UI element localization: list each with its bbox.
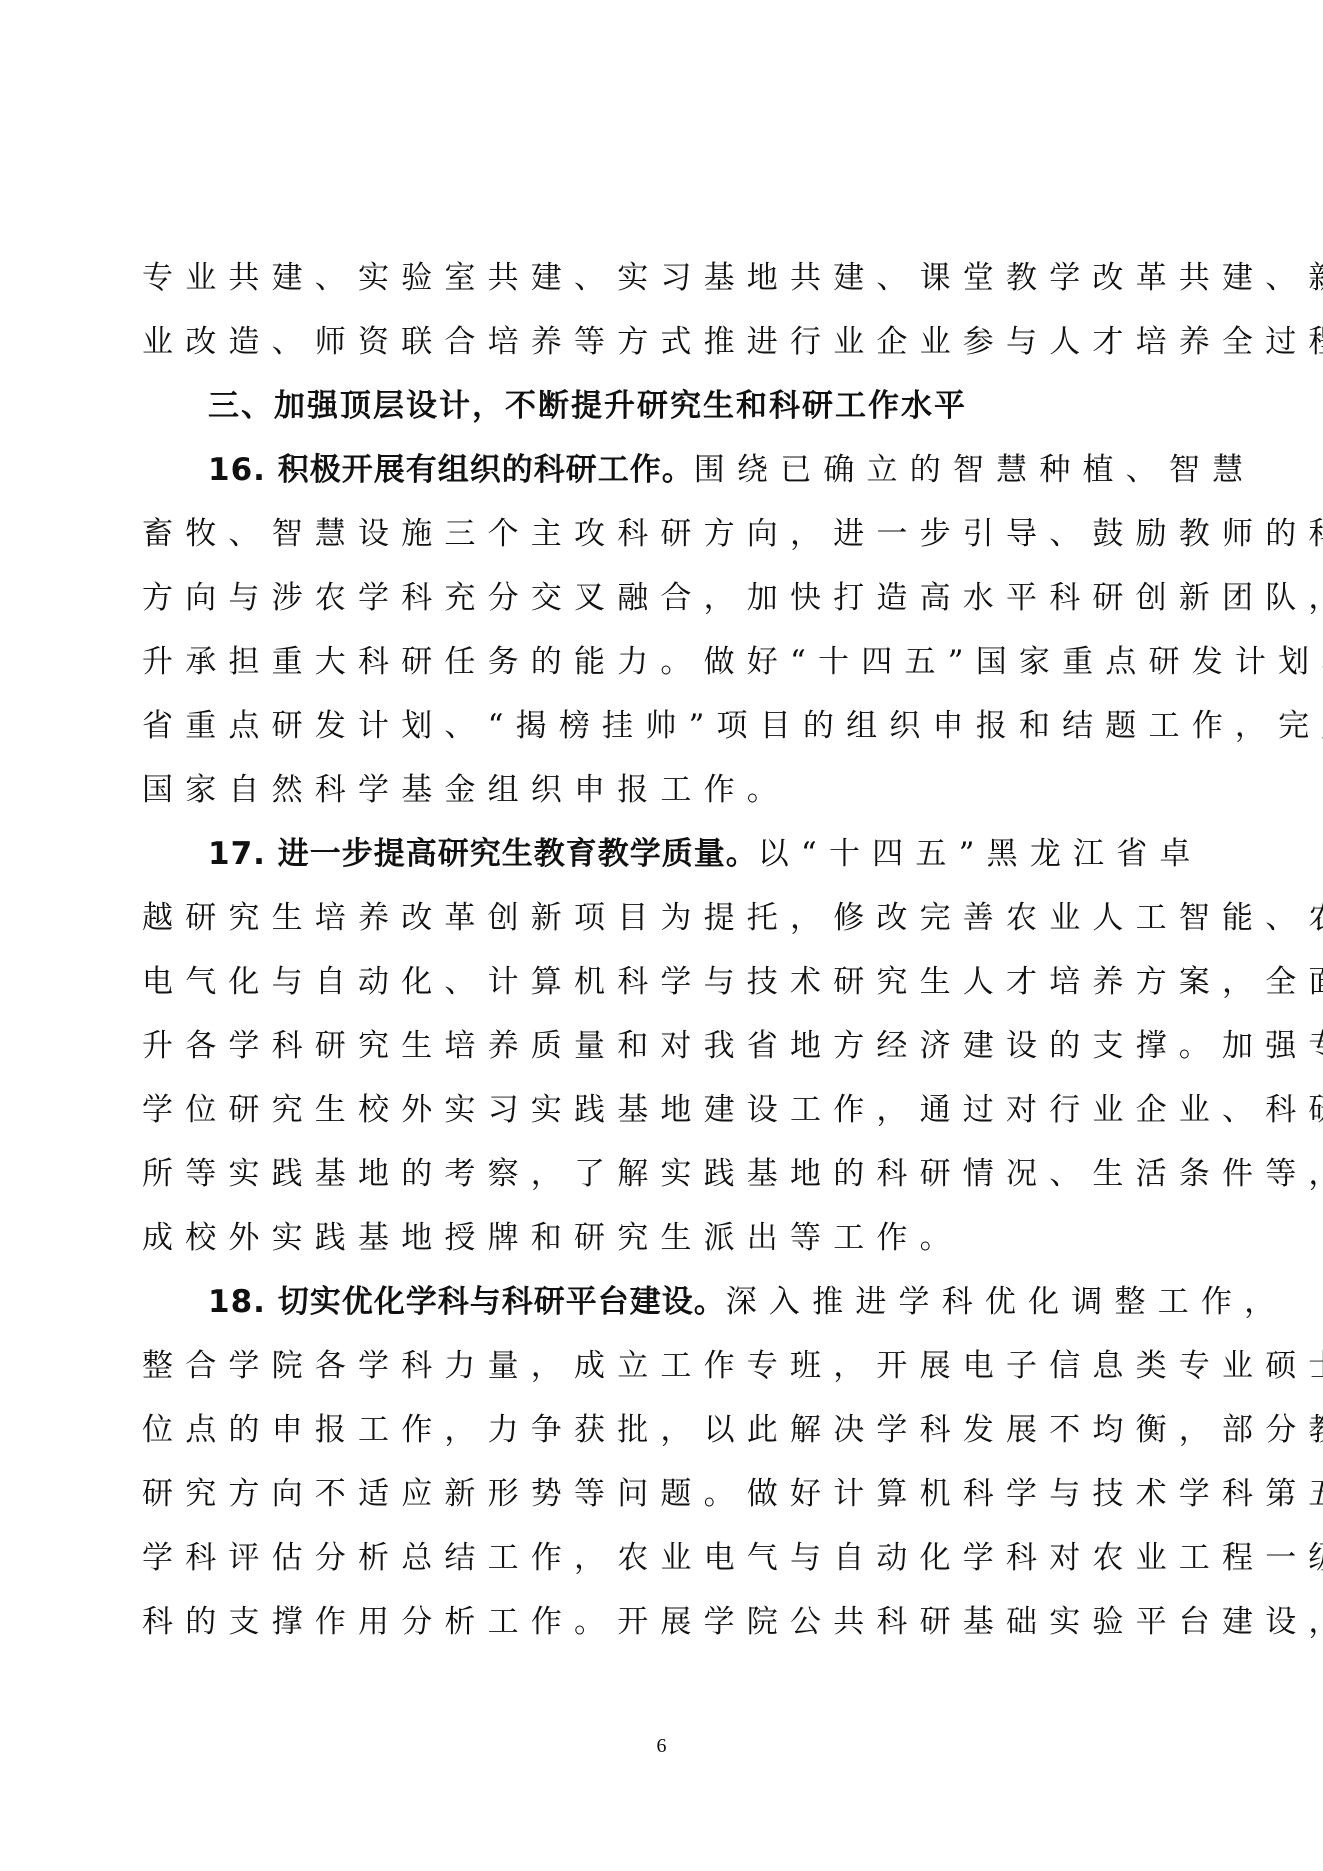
- section-heading: 三、加强顶层设计，不断提升研究生和科研工作水平: [142, 374, 1186, 438]
- body-line: 越研究生培养改革创新项目为提托，修改完善农业人工智能、农业: [142, 886, 1186, 950]
- body-line: 方向与涉农学科充分交叉融合，加快打造高水平科研创新团队，提: [142, 566, 1186, 630]
- body-line: 国家自然科学基金组织申报工作。: [142, 758, 1186, 822]
- page-number: 6: [0, 1735, 1323, 1758]
- body-line: 电气化与自动化、计算机科学与技术研究生人才培养方案，全面提: [142, 950, 1186, 1014]
- body-line: 科的支撑作用分析工作。开展学院公共科研基础实验平台建设，通: [142, 1590, 1186, 1654]
- item-18-lead: 18. 切实优化学科与科研平台建设。: [208, 1284, 726, 1320]
- document-page: 专业共建、实验室共建、实习基地共建、课堂教学改革共建、新专 业改造、师资联合培养…: [142, 246, 1186, 1654]
- body-line: 畜牧、智慧设施三个主攻科研方向，进一步引导、鼓励教师的科研: [142, 502, 1186, 566]
- item-18-first-text: 深入推进学科优化调整工作，: [726, 1284, 1288, 1320]
- body-line: 升各学科研究生培养质量和对我省地方经济建设的支撑。加强专业: [142, 1014, 1186, 1078]
- item-17-first-line: 17. 进一步提高研究生教育教学质量。以“十四五”黑龙江省卓: [142, 822, 1186, 886]
- item-16-first-line: 16. 积极开展有组织的科研工作。围绕已确立的智慧种植、智慧: [142, 438, 1186, 502]
- body-line: 升承担重大科研任务的能力。做好“十四五”国家重点研发计划、: [142, 630, 1186, 694]
- body-line: 业改造、师资联合培养等方式推进行业企业参与人才培养全过程。: [142, 310, 1186, 374]
- item-18-first-line: 18. 切实优化学科与科研平台建设。深入推进学科优化调整工作，: [142, 1270, 1186, 1334]
- item-16-first-text: 围绕已确立的智慧种植、智慧: [694, 452, 1256, 488]
- item-17-lead: 17. 进一步提高研究生教育教学质量。: [208, 836, 758, 872]
- item-17-first-text: 以“十四五”黑龙江省卓: [758, 836, 1203, 872]
- body-line: 成校外实践基地授牌和研究生派出等工作。: [142, 1206, 1186, 1270]
- item-16-lead: 16. 积极开展有组织的科研工作。: [208, 452, 694, 488]
- body-line: 省重点研发计划、“揭榜挂帅”项目的组织申报和结题工作，完成: [142, 694, 1186, 758]
- body-line: 整合学院各学科力量，成立工作专班，开展电子信息类专业硕士学: [142, 1334, 1186, 1398]
- body-line: 研究方向不适应新形势等问题。做好计算机科学与技术学科第五轮: [142, 1462, 1186, 1526]
- body-line: 学位研究生校外实习实践基地建设工作，通过对行业企业、科研院: [142, 1078, 1186, 1142]
- body-line: 位点的申报工作，力争获批，以此解决学科发展不均衡，部分教师: [142, 1398, 1186, 1462]
- body-line: 专业共建、实验室共建、实习基地共建、课堂教学改革共建、新专: [142, 246, 1186, 310]
- body-line: 所等实践基地的考察，了解实践基地的科研情况、生活条件等，完: [142, 1142, 1186, 1206]
- body-line: 学科评估分析总结工作，农业电气与自动化学科对农业工程一级学: [142, 1526, 1186, 1590]
